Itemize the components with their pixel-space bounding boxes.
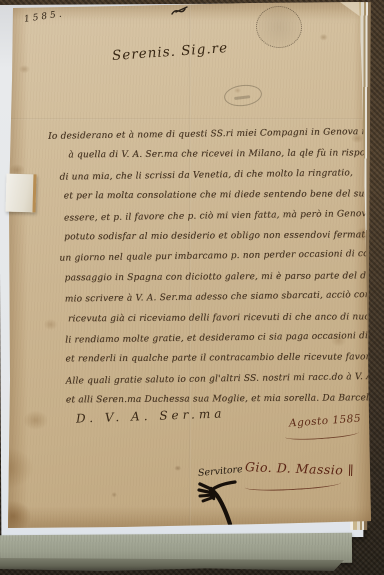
ink-squiggle-icon <box>170 3 192 19</box>
letter-body-line: à quella di V. A. Ser.ma che ricevei in … <box>68 144 362 166</box>
fold-crease-horizontal <box>2 118 376 120</box>
date-underline-flourish <box>285 427 359 441</box>
letter-salutation: Serenis. Sig.re <box>112 40 229 64</box>
signature: Gio. D. Massio ∥ <box>245 459 355 478</box>
letter-page: 1585. Serenis. Sig.re Io desiderano et à… <box>2 0 376 532</box>
photo-of-manuscript-letter: 1585. Serenis. Sig.re Io desiderano et à… <box>0 0 384 575</box>
letter-body: Io desiderano et à nome di questi SS.ri … <box>54 123 365 412</box>
manicule-pointing-hand-icon <box>197 477 243 527</box>
letter-date: Agosto 1585 <box>289 412 362 429</box>
oval-blind-stamp-icon <box>223 83 263 108</box>
letter-body-line: et renderli in qualche parte il contraca… <box>65 348 364 370</box>
round-archive-stamp-icon <box>255 4 304 49</box>
letter-body-line: et per la molta consolatione che mi died… <box>64 184 363 206</box>
frayed-paper-edge <box>0 558 344 571</box>
signature-underline-flourish <box>245 477 341 492</box>
paper-tab <box>6 174 37 213</box>
letter-body-line: mio scrivere à V. A. Ser.ma adesso che s… <box>65 285 364 310</box>
year-annotation: 1585. <box>24 9 66 25</box>
dog-ear-corner <box>340 2 362 18</box>
